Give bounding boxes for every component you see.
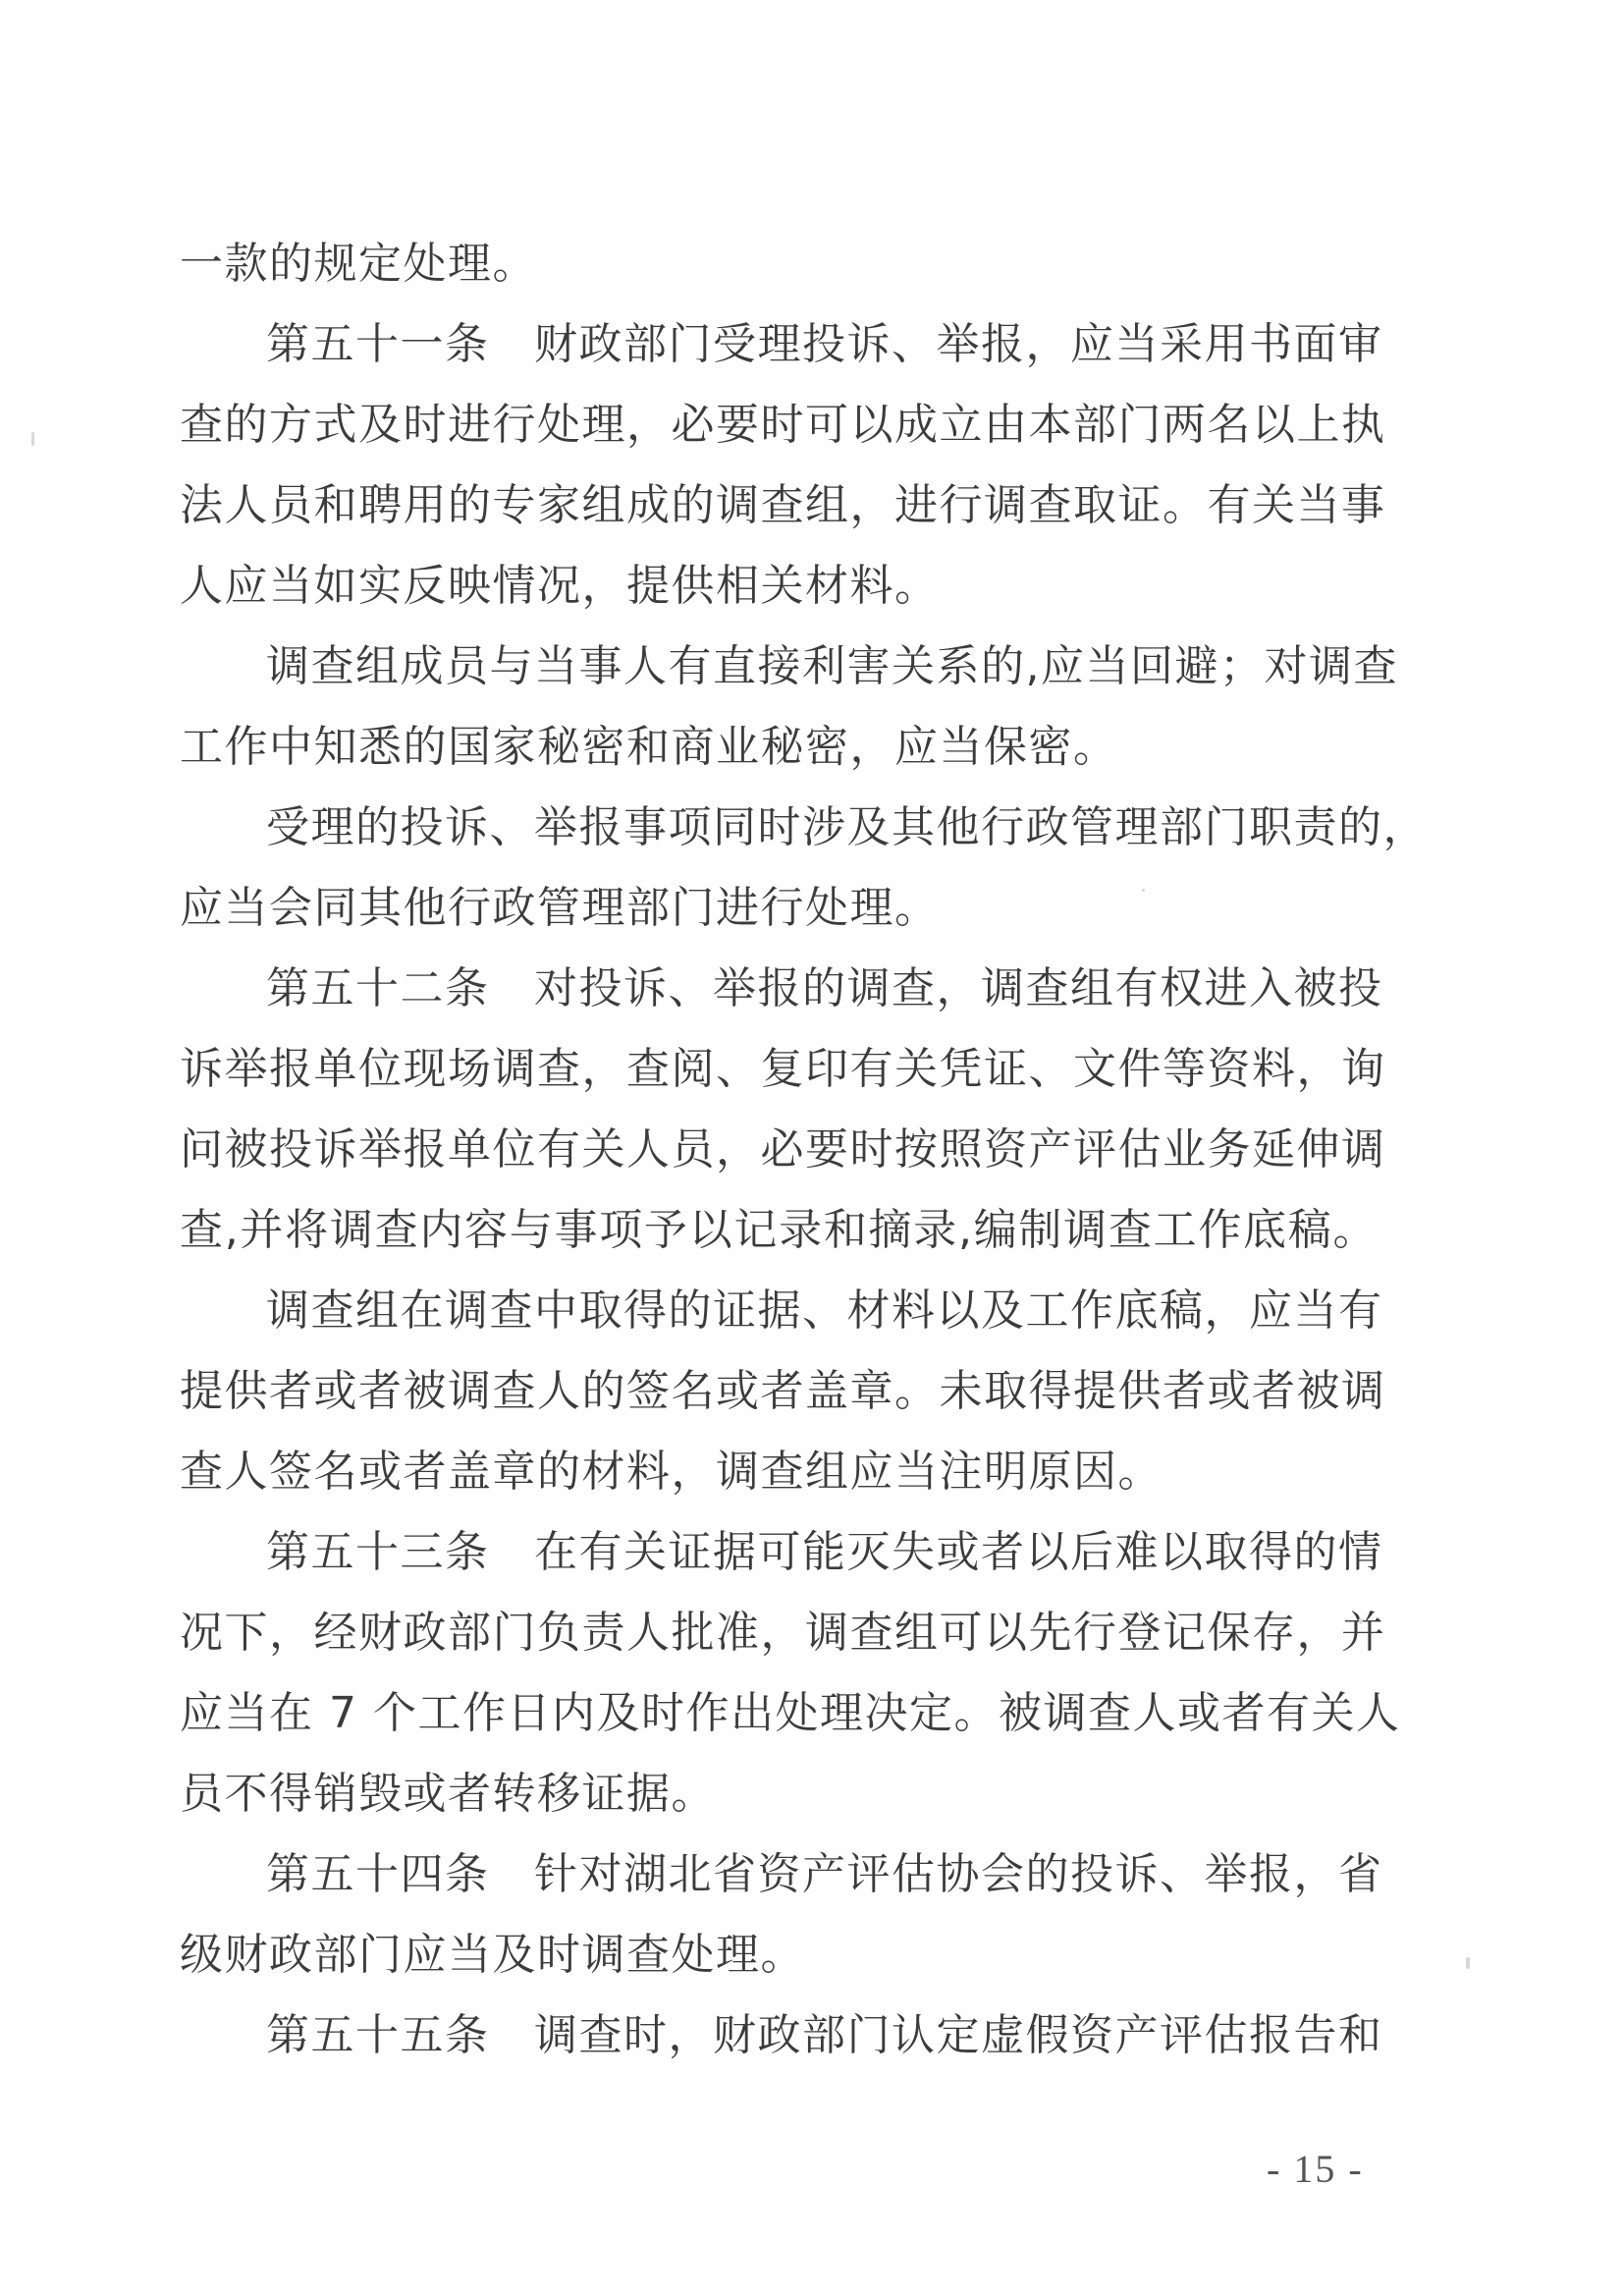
scan-speck [31,432,34,446]
scan-speck [1466,1957,1470,1969]
text-line: 工作中知悉的国家秘密和商业秘密，应当保密。 [180,707,1378,788]
text-line: 查的方式及时进行处理，必要时可以成立由本部门两名以上执 [180,385,1378,465]
paragraph-art51-p3: 受理的投诉、举报事项同时涉及其他行政管理部门职责的，应当会同其他行政管理部门进行… [180,788,1378,949]
text-line: 提供者或者被调查人的签名或者盖章。未取得提供者或者被调 [180,1351,1378,1432]
document-page: 一款的规定处理。第五十一条 财政部门受理投诉、举报，应当采用书面审查的方式及时进… [0,0,1623,2296]
paragraph-art52-p2: 调查组在调查中取得的证据、材料以及工作底稿，应当有提供者或者被调查人的签名或者盖… [180,1271,1378,1512]
text-line: 第五十二条 对投诉、举报的调查，调查组有权进入被投 [180,949,1378,1029]
text-line: 法人员和聘用的专家组成的调查组，进行调查取证。有关当事 [180,465,1378,546]
text-line: 诉举报单位现场调查，查阅、复印有关凭证、文件等资料，询 [180,1029,1378,1110]
paragraph-art52: 第五十二条 对投诉、举报的调查，调查组有权进入被投诉举报单位现场调查，查阅、复印… [180,949,1378,1271]
text-line: 第五十三条 在有关证据可能灭失或者以后难以取得的情 [180,1512,1378,1593]
paragraph-art53: 第五十三条 在有关证据可能灭失或者以后难以取得的情况下，经财政部门负责人批准，调… [180,1512,1378,1834]
text-line: 调查组在调查中取得的证据、材料以及工作底稿，应当有 [180,1271,1378,1351]
text-line: 一款的规定处理。 [180,224,1378,304]
text-line: 级财政部门应当及时调查处理。 [180,1915,1378,1995]
text-line: 况下，经财政部门负责人批准，调查组可以先行登记保存，并 [180,1593,1378,1673]
text-line: 查,并将调查内容与事项予以记录和摘录,编制调查工作底稿。 [180,1190,1378,1271]
text-line: 应当会同其他行政管理部门进行处理。 [180,868,1378,949]
text-line: 应当在 7 个工作日内及时作出处理决定。被调查人或者有关人 [180,1673,1378,1754]
text-line: 员不得销毁或者转移证据。 [180,1754,1378,1834]
document-body: 一款的规定处理。第五十一条 财政部门受理投诉、举报，应当采用书面审查的方式及时进… [180,224,1378,2076]
text-line: 第五十一条 财政部门受理投诉、举报，应当采用书面审 [180,304,1378,385]
scan-speck [1359,1618,1363,1624]
scan-speck [1142,889,1145,892]
paragraph-art55: 第五十五条 调查时，财政部门认定虚假资产评估报告和 [180,1995,1378,2076]
text-line: 调查组成员与当事人有直接利害关系的,应当回避；对调查 [180,627,1378,707]
paragraph-art54: 第五十四条 针对湖北省资产评估协会的投诉、举报，省级财政部门应当及时调查处理。 [180,1834,1378,1995]
text-line: 问被投诉举报单位有关人员，必要时按照资产评估业务延伸调 [180,1110,1378,1190]
page-number: - 15 - [1267,2146,1364,2192]
text-line: 人应当如实反映情况，提供相关材料。 [180,546,1378,627]
text-line: 第五十五条 调查时，财政部门认定虚假资产评估报告和 [180,1995,1378,2076]
paragraph-p0: 一款的规定处理。 [180,224,1378,304]
text-line: 查人签名或者盖章的材料，调查组应当注明原因。 [180,1432,1378,1512]
paragraph-art51-p2: 调查组成员与当事人有直接利害关系的,应当回避；对调查工作中知悉的国家秘密和商业秘… [180,627,1378,788]
text-line: 第五十四条 针对湖北省资产评估协会的投诉、举报，省 [180,1834,1378,1915]
text-line: 受理的投诉、举报事项同时涉及其他行政管理部门职责的， [180,788,1378,868]
paragraph-art51: 第五十一条 财政部门受理投诉、举报，应当采用书面审查的方式及时进行处理，必要时可… [180,304,1378,627]
